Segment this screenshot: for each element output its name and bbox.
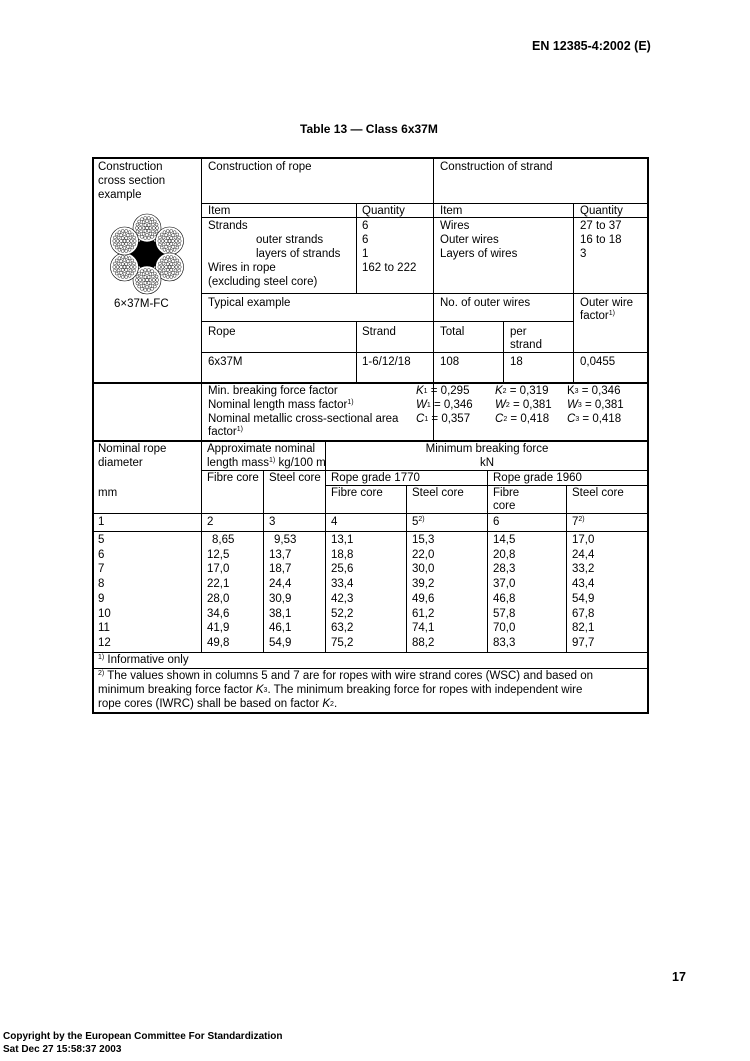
- mass-fibre-core: Fibre core: [207, 471, 259, 485]
- table-cell: 14,5: [493, 533, 515, 547]
- table-cell: 12: [98, 636, 111, 650]
- footnote-2-line-3: rope cores (IWRC) shall be based on fact…: [98, 697, 337, 711]
- table-cell: 18,8: [331, 548, 353, 562]
- outer-wire-factor-header-2: factor1): [580, 309, 615, 323]
- mbf-header-1: Minimum breaking force: [325, 442, 649, 456]
- grade-1960: Rope grade 1960: [493, 471, 582, 485]
- table-cell: 42,3: [331, 592, 353, 606]
- table-cell: 17,0: [207, 562, 229, 576]
- diameter-header-2: diameter: [98, 456, 143, 470]
- factor-k1: K1 = 0,295: [416, 384, 469, 398]
- table-cell: 6: [98, 548, 104, 562]
- table-cell: 33,4: [331, 577, 353, 591]
- figure-caption: 6×37M-FC: [114, 297, 169, 311]
- table-cell: 17,0: [572, 533, 594, 547]
- example-per-strand: 18: [510, 355, 523, 369]
- table-cell: 74,1: [412, 621, 434, 635]
- table-cell: 49,6: [412, 592, 434, 606]
- document-id: EN 12385-4:2002 (E): [532, 39, 651, 53]
- table-cell: 8: [98, 577, 104, 591]
- strand-item-label: Wires: [440, 219, 469, 233]
- factor-label-area: Nominal metallic cross-sectional area: [208, 412, 398, 426]
- mbf-1960-fibre-2: core: [493, 499, 515, 513]
- strand-item-value: 27 to 37: [580, 219, 622, 233]
- per-strand-label-1: per: [510, 325, 527, 339]
- table-cell: 46,8: [493, 592, 515, 606]
- table-cell: 61,2: [412, 607, 434, 621]
- rope-cross-section-icon: [105, 212, 189, 296]
- example-strand: 1-6/12/18: [362, 355, 411, 369]
- table-cell: 28,3: [493, 562, 515, 576]
- cross-section-label-3: example: [98, 188, 141, 202]
- outer-wires-header: No. of outer wires: [440, 296, 530, 310]
- copyright-text: Copyright by the European Committee For …: [3, 1030, 282, 1043]
- column-number: 52): [412, 515, 425, 529]
- table-cell: 52,2: [331, 607, 353, 621]
- rope-construction-header: Construction of rope: [208, 160, 312, 174]
- example-factor: 0,0455: [580, 355, 615, 369]
- typical-example-header: Typical example: [208, 296, 290, 310]
- table-cell: 75,2: [331, 636, 353, 650]
- table-cell: 22,1: [207, 577, 229, 591]
- rope-label: Rope: [208, 325, 236, 339]
- table-cell: 33,2: [572, 562, 594, 576]
- factor-label-mbf: Min. breaking force factor: [208, 384, 338, 398]
- table-cell: 49,8: [207, 636, 229, 650]
- rope-item-label: layers of strands: [256, 247, 340, 261]
- strand-label: Strand: [362, 325, 396, 339]
- table-cell: 9,53: [274, 533, 296, 547]
- column-number: 2: [207, 515, 213, 529]
- table-cell: 8,65: [212, 533, 234, 547]
- rope-item-label: Strands: [208, 219, 248, 233]
- factor-w1: W1 = 0,346: [416, 398, 473, 412]
- table-cell: 97,7: [572, 636, 594, 650]
- diameter-header-1: Nominal rope: [98, 442, 166, 456]
- table-cell: 12,5: [207, 548, 229, 562]
- table-cell: 18,7: [269, 562, 291, 576]
- table-cell: 20,8: [493, 548, 515, 562]
- table-cell: 39,2: [412, 577, 434, 591]
- per-strand-label-2: strand: [510, 338, 542, 352]
- rope-item-value: 6: [362, 219, 368, 233]
- table-cell: 25,6: [331, 562, 353, 576]
- factor-w3: W3 = 0,381: [567, 398, 624, 412]
- table-cell: 24,4: [269, 577, 291, 591]
- rope-item-label: Wires in rope: [208, 261, 276, 275]
- mbf-1960-fibre-1: Fibre: [493, 486, 519, 500]
- table-cell: 10: [98, 607, 111, 621]
- column-number: 4: [331, 515, 337, 529]
- factor-k2: K2 = 0,319: [495, 384, 548, 398]
- strand-quantity-header: Quantity: [580, 204, 623, 218]
- table-cell: 43,4: [572, 577, 594, 591]
- table-cell: 67,8: [572, 607, 594, 621]
- factor-c1: C1 = 0,357: [416, 412, 470, 426]
- mbf-header-2: kN: [325, 456, 649, 470]
- footnote-1: 1) Informative only: [98, 653, 189, 667]
- factor-c2: C2 = 0,418: [495, 412, 549, 426]
- table-cell: 9: [98, 592, 104, 606]
- table-cell: 30,9: [269, 592, 291, 606]
- table-cell: 7: [98, 562, 104, 576]
- table-cell: 83,3: [493, 636, 515, 650]
- total-label: Total: [440, 325, 464, 339]
- table-cell: 13,1: [331, 533, 353, 547]
- table-cell: 28,0: [207, 592, 229, 606]
- table-cell: 57,8: [493, 607, 515, 621]
- strand-item-value: 16 to 18: [580, 233, 622, 247]
- table-cell: 38,1: [269, 607, 291, 621]
- table-cell: 30,0: [412, 562, 434, 576]
- strand-item-header: Item: [440, 204, 462, 218]
- table-cell: 11: [98, 621, 110, 635]
- table-cell: 54,9: [269, 636, 291, 650]
- rope-item-value: 162 to 222: [362, 261, 416, 275]
- table-title: Table 13 — Class 6x37M: [300, 122, 438, 136]
- table-cell: 88,2: [412, 636, 434, 650]
- factor-w2: W2 = 0,381: [495, 398, 552, 412]
- table-cell: 70,0: [493, 621, 515, 635]
- mass-header-2: length mass1) kg/100 m: [207, 456, 326, 470]
- rope-item-header: Item: [208, 204, 230, 218]
- mass-header-1: Approximate nominal: [207, 442, 315, 456]
- diameter-unit: mm: [98, 486, 117, 500]
- table-cell: 82,1: [572, 621, 594, 635]
- table-cell: 5: [98, 533, 104, 547]
- table-cell: 22,0: [412, 548, 434, 562]
- factor-k3: K3 = 0,346: [567, 384, 620, 398]
- table-cell: 37,0: [493, 577, 515, 591]
- mbf-1960-steel: Steel core: [572, 486, 624, 500]
- rope-table: Construction cross section example 6×37M…: [92, 157, 649, 714]
- rope-item-label: outer strands: [256, 233, 323, 247]
- page-number: 17: [672, 970, 686, 984]
- example-total: 108: [440, 355, 459, 369]
- footnote-2-line-1: 2) The values shown in columns 5 and 7 a…: [98, 669, 593, 683]
- timestamp: Sat Dec 27 15:58:37 2003: [3, 1043, 282, 1056]
- column-number: 6: [493, 515, 499, 529]
- example-rope: 6x37M: [208, 355, 243, 369]
- table-cell: 41,9: [207, 621, 229, 635]
- strand-item-value: 3: [580, 247, 586, 261]
- strand-construction-header: Construction of strand: [440, 160, 553, 174]
- table-cell: 13,7: [269, 548, 291, 562]
- outer-wire-factor-header-1: Outer wire: [580, 296, 633, 310]
- table-cell: 24,4: [572, 548, 594, 562]
- strand-item-label: Outer wires: [440, 233, 499, 247]
- factor-label-mass: Nominal length mass factor1): [208, 398, 354, 412]
- column-number: 1: [98, 515, 104, 529]
- factor-c3: C3 = 0,418: [567, 412, 621, 426]
- column-number: 72): [572, 515, 585, 529]
- mbf-1770-fibre: Fibre core: [331, 486, 383, 500]
- cross-section-label-1: Construction: [98, 160, 163, 174]
- rope-item-value: 6: [362, 233, 368, 247]
- factor-label-area-2: factor1): [208, 425, 243, 439]
- table-cell: 63,2: [331, 621, 353, 635]
- mbf-1770-steel: Steel core: [412, 486, 464, 500]
- copyright-footer: Copyright by the European Committee For …: [3, 1030, 282, 1056]
- table-cell: 54,9: [572, 592, 594, 606]
- strand-item-label: Layers of wires: [440, 247, 517, 261]
- rope-item-label: (excluding steel core): [208, 275, 317, 289]
- rope-item-value: 1: [362, 247, 368, 261]
- table-cell: 34,6: [207, 607, 229, 621]
- grade-1770: Rope grade 1770: [331, 471, 420, 485]
- column-number: 3: [269, 515, 275, 529]
- mass-steel-core: Steel core: [269, 471, 321, 485]
- table-cell: 46,1: [269, 621, 291, 635]
- table-cell: 15,3: [412, 533, 434, 547]
- rope-quantity-header: Quantity: [362, 204, 405, 218]
- cross-section-label-2: cross section: [98, 174, 165, 188]
- footnote-2-line-2: minimum breaking force factor K3. The mi…: [98, 683, 582, 697]
